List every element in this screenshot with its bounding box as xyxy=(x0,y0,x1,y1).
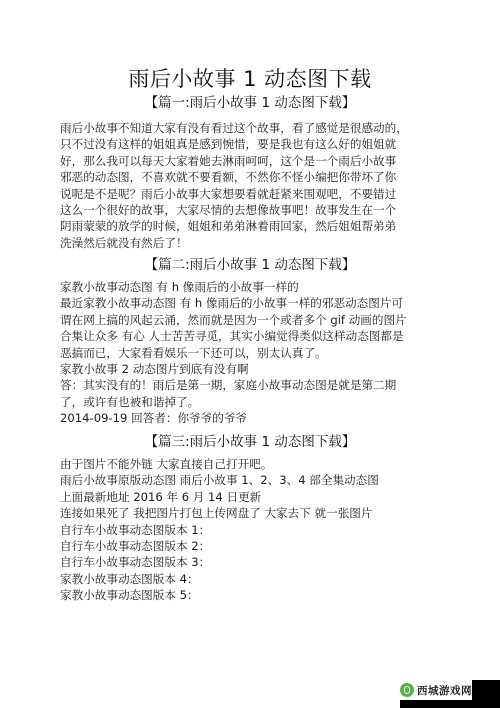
text-line: 雨后小故事不知道大家有没有看过这个故事，看了感觉是很感动的， xyxy=(60,120,445,136)
section-3-body: 由于图片不能外链 大家直接自己打开吧。 雨后小故事原版动态图 雨后小故事 1、2… xyxy=(60,456,445,604)
text-line: 家教小故事 2 动态图片到底有没有啊 xyxy=(60,361,445,377)
text-line: 由于图片不能外链 大家直接自己打开吧。 xyxy=(60,456,445,472)
text-line: 自行车小故事动态图版本 3： xyxy=(60,554,445,570)
page-title: 雨后小故事 1 动态图下载 xyxy=(0,63,500,93)
text-line: 好，那么我可以每天大家着她去淋雨呵呵，这个是一个雨后小故事 xyxy=(60,153,445,169)
text-line: 这么一个很好的故事，大家尽情的去想像故事吧！故事发生在一个 xyxy=(60,202,445,218)
text-line: 合集让众多 有心 人士苦苦寻觅，其实小编觉得类似这样动态图都是 xyxy=(60,328,445,344)
section-2-heading: 【篇二:雨后小故事 1 动态图下载】 xyxy=(0,253,500,273)
watermark-black-strip xyxy=(400,700,500,708)
text-line: 洗澡然后就没有然后了！ xyxy=(60,235,445,251)
text-line: 答：其实没有的！雨后是第一期，家庭小故事动态图是就是第二期 xyxy=(60,377,445,393)
text-line: 谓在网上搞的风起云涌，然而就是因为一个或者多个 gif 动画的图片 xyxy=(60,312,445,328)
text-line: 连接如果死了 我把图片打包上传网盘了 大家去下 就一张图片 xyxy=(60,505,445,521)
text-line: 雨后小故事原版动态图 雨后小故事 1、2、3、4 部全集动态图 xyxy=(60,472,445,488)
text-line: 上面最新地址 2016 年 6 月 14 日更新 xyxy=(60,489,445,505)
text-line: 了，或许有也被和谐掉了。 xyxy=(60,394,445,410)
text-line: 说呢是不是呢？雨后小故事大家想要看就赶紧来围观吧，不要错过 xyxy=(60,186,445,202)
section-3-heading: 【篇三:雨后小故事 1 动态图下载】 xyxy=(0,430,500,450)
text-line: 最近家教小故事动态图 有 h 像雨后的小故事一样的邪恶动态图片可 xyxy=(60,295,445,311)
site-watermark: 西城游戏网 xyxy=(400,680,472,700)
text-line: 恶搞而已，大家看看娱乐一下还可以，别太认真了。 xyxy=(60,345,445,361)
text-line: 只不过没有这样的姐姐真是感到惋惜，要是我也有这么好的姐姐就 xyxy=(60,136,445,152)
text-line: 邪恶的动态图，不喜欢就不要看额，不然你不怪小编把你带坏了你 xyxy=(60,169,445,185)
text-line: 家教小故事动态图版本 5： xyxy=(60,587,445,603)
text-line: 自行车小故事动态图版本 2： xyxy=(60,538,445,554)
watermark-text: 西城游戏网 xyxy=(417,683,472,698)
text-line: 家教小故事动态图 有 h 像雨后的小故事一样的 xyxy=(60,279,445,295)
section-1-heading: 【篇一:雨后小故事 1 动态图下载】 xyxy=(0,91,500,111)
text-line: 自行车小故事动态图版本 1： xyxy=(60,522,445,538)
leaf-logo-icon xyxy=(400,683,414,697)
section-1-body: 雨后小故事不知道大家有没有看过这个故事，看了感觉是很感动的， 只不过没有这样的姐… xyxy=(60,120,445,251)
text-line: 家教小故事动态图版本 4： xyxy=(60,571,445,587)
section-2-body: 家教小故事动态图 有 h 像雨后的小故事一样的 最近家教小故事动态图 有 h 像… xyxy=(60,279,445,427)
text-line: 2014-09-19 回答者：你爷爷的爷爷 xyxy=(60,410,445,426)
text-line: 阴雨蒙蒙的放学的时候，姐姐和弟弟淋着雨回家，然后姐姐帮弟弟 xyxy=(60,218,445,234)
